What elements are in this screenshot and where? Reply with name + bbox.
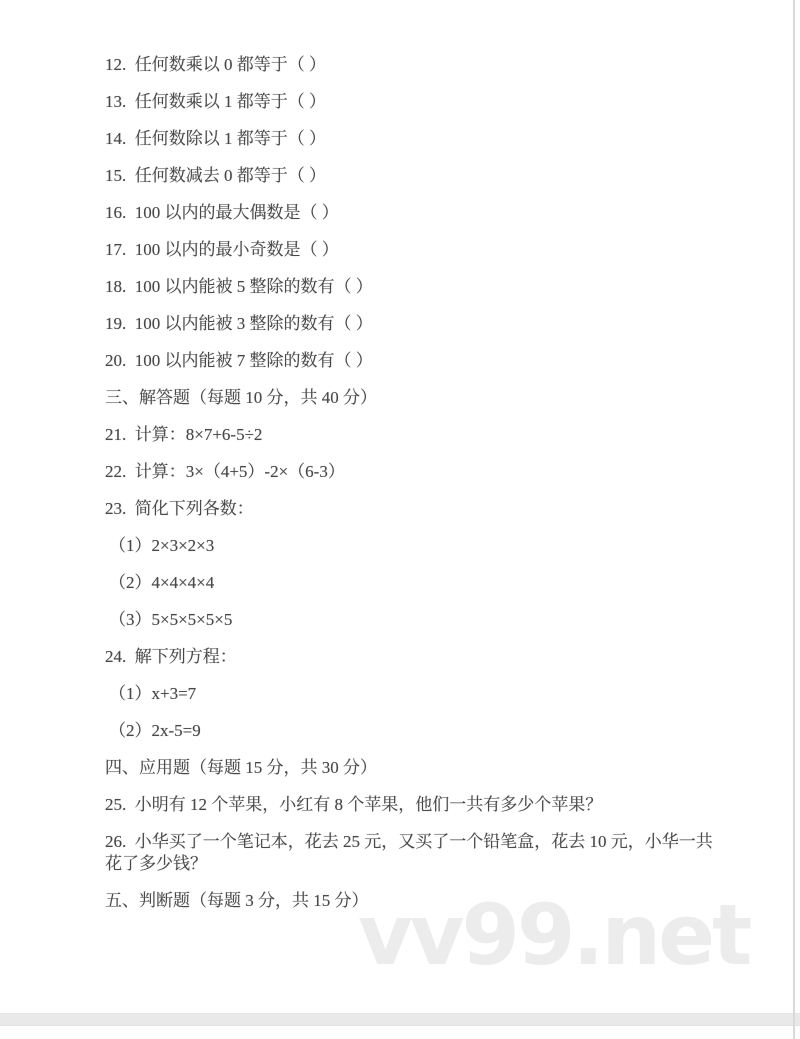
- document-line: 20. 100 以内能被 7 整除的数有（ ）: [105, 350, 753, 372]
- section-heading: 三、解答题（每题 10 分，共 40 分）: [105, 387, 753, 409]
- document-line: 18. 100 以内能被 5 整除的数有（ ）: [105, 276, 753, 298]
- document-line: 14. 任何数除以 1 都等于（ ）: [105, 128, 753, 150]
- section-heading: 五、判断题（每题 3 分，共 15 分）: [105, 890, 753, 912]
- document-line: 22. 计算：3×（4+5）-2×（6-3）: [105, 461, 753, 483]
- document-line: 15. 任何数减去 0 都等于（ ）: [105, 165, 753, 187]
- document-line: 16. 100 以内的最大偶数是（ ）: [105, 202, 753, 224]
- document-line: 24. 解下列方程：: [105, 646, 753, 668]
- next-page-top: [0, 1027, 800, 1039]
- document-line: 13. 任何数乘以 1 都等于（ ）: [105, 91, 753, 113]
- document-line: （2）2x-5=9: [105, 720, 753, 742]
- page-right-gutter: [795, 0, 800, 1039]
- document-content: 12. 任何数乘以 0 都等于（ ）13. 任何数乘以 1 都等于（ ）14. …: [105, 54, 753, 927]
- document-line: （3）5×5×5×5×5: [105, 609, 753, 631]
- document-line: （1）2×3×2×3: [105, 535, 753, 557]
- scanned-document-page: vv99.net 12. 任何数乘以 0 都等于（ ）13. 任何数乘以 1 都…: [0, 0, 800, 1039]
- document-line: 17. 100 以内的最小奇数是（ ）: [105, 239, 753, 261]
- document-line: （1）x+3=7: [105, 683, 753, 705]
- page-right-border: [793, 0, 795, 1039]
- document-line: 23. 简化下列各数：: [105, 498, 753, 520]
- document-line: 21. 计算：8×7+6-5÷2: [105, 424, 753, 446]
- document-line: （2）4×4×4×4: [105, 572, 753, 594]
- document-line: 25. 小明有 12 个苹果，小红有 8 个苹果，他们一共有多少个苹果？: [105, 794, 753, 816]
- document-line: 12. 任何数乘以 0 都等于（ ）: [105, 54, 753, 76]
- page-gap-band: [0, 1013, 800, 1026]
- section-heading: 四、应用题（每题 15 分，共 30 分）: [105, 757, 753, 779]
- document-line: 19. 100 以内能被 3 整除的数有（ ）: [105, 313, 753, 335]
- document-line: 花了多少钱？: [105, 853, 753, 875]
- page-body: vv99.net 12. 任何数乘以 0 都等于（ ）13. 任何数乘以 1 都…: [0, 0, 793, 1013]
- document-line: 26. 小华买了一个笔记本，花去 25 元，又买了一个铅笔盒，花去 10 元，小…: [105, 831, 753, 853]
